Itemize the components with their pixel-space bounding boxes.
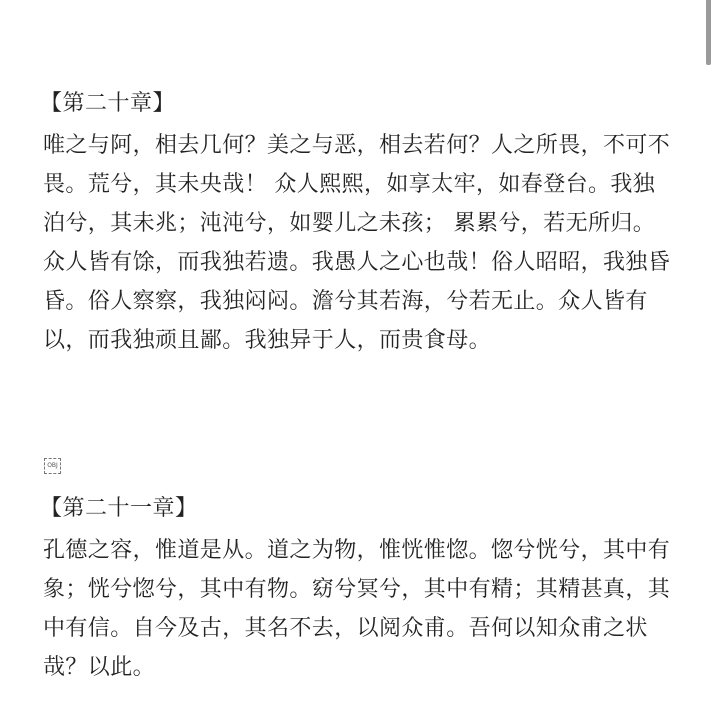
chapter-21-body: 孔德之容，惟道是从。道之为物，惟恍惟惚。惚兮恍兮，其中有 象；恍兮惚兮，其中有物…	[43, 531, 693, 687]
text-line: 哉？以此。	[43, 648, 693, 687]
text-line: 象；恍兮惚兮，其中有物。窈兮冥兮，其中有精；其精甚真，其	[43, 570, 693, 609]
text-line: 畏。荒兮，其未央哉！ 众人熙熙，如享太牢，如春登台。我独	[43, 165, 693, 204]
text-line: 孔德之容，惟道是从。道之为物，惟恍惟惚。惚兮恍兮，其中有	[43, 531, 693, 570]
text-line: 泊兮，其未兆；沌沌兮，如婴儿之未孩； 累累兮，若无所归。	[43, 204, 693, 243]
chapter-21-title: 【第二十一章】	[40, 494, 198, 524]
vertical-scrollbar[interactable]	[706, 0, 711, 65]
chapter-20-body: 唯之与阿，相去几何？美之与恶，相去若何？人之所畏，不可不 畏。荒兮，其未央哉！ …	[43, 126, 693, 360]
object-replacement-icon: OBJ	[44, 458, 61, 474]
text-line: 唯之与阿，相去几何？美之与恶，相去若何？人之所畏，不可不	[43, 126, 693, 165]
text-line: 以，而我独顽且鄙。我独异于人，而贵食母。	[43, 321, 693, 360]
chapter-20-title: 【第二十章】	[40, 89, 175, 119]
text-line: 中有信。自今及古，其名不去，以阅众甫。吾何以知众甫之状	[43, 609, 693, 648]
text-line: 昏。俗人察察，我独闷闷。澹兮其若海，兮若无止。众人皆有	[43, 282, 693, 321]
document-page: 【第二十章】 唯之与阿，相去几何？美之与恶，相去若何？人之所畏，不可不 畏。荒兮…	[0, 0, 720, 720]
text-line: 众人皆有馀，而我独若遗。我愚人之心也哉！俗人昭昭，我独昏	[43, 243, 693, 282]
